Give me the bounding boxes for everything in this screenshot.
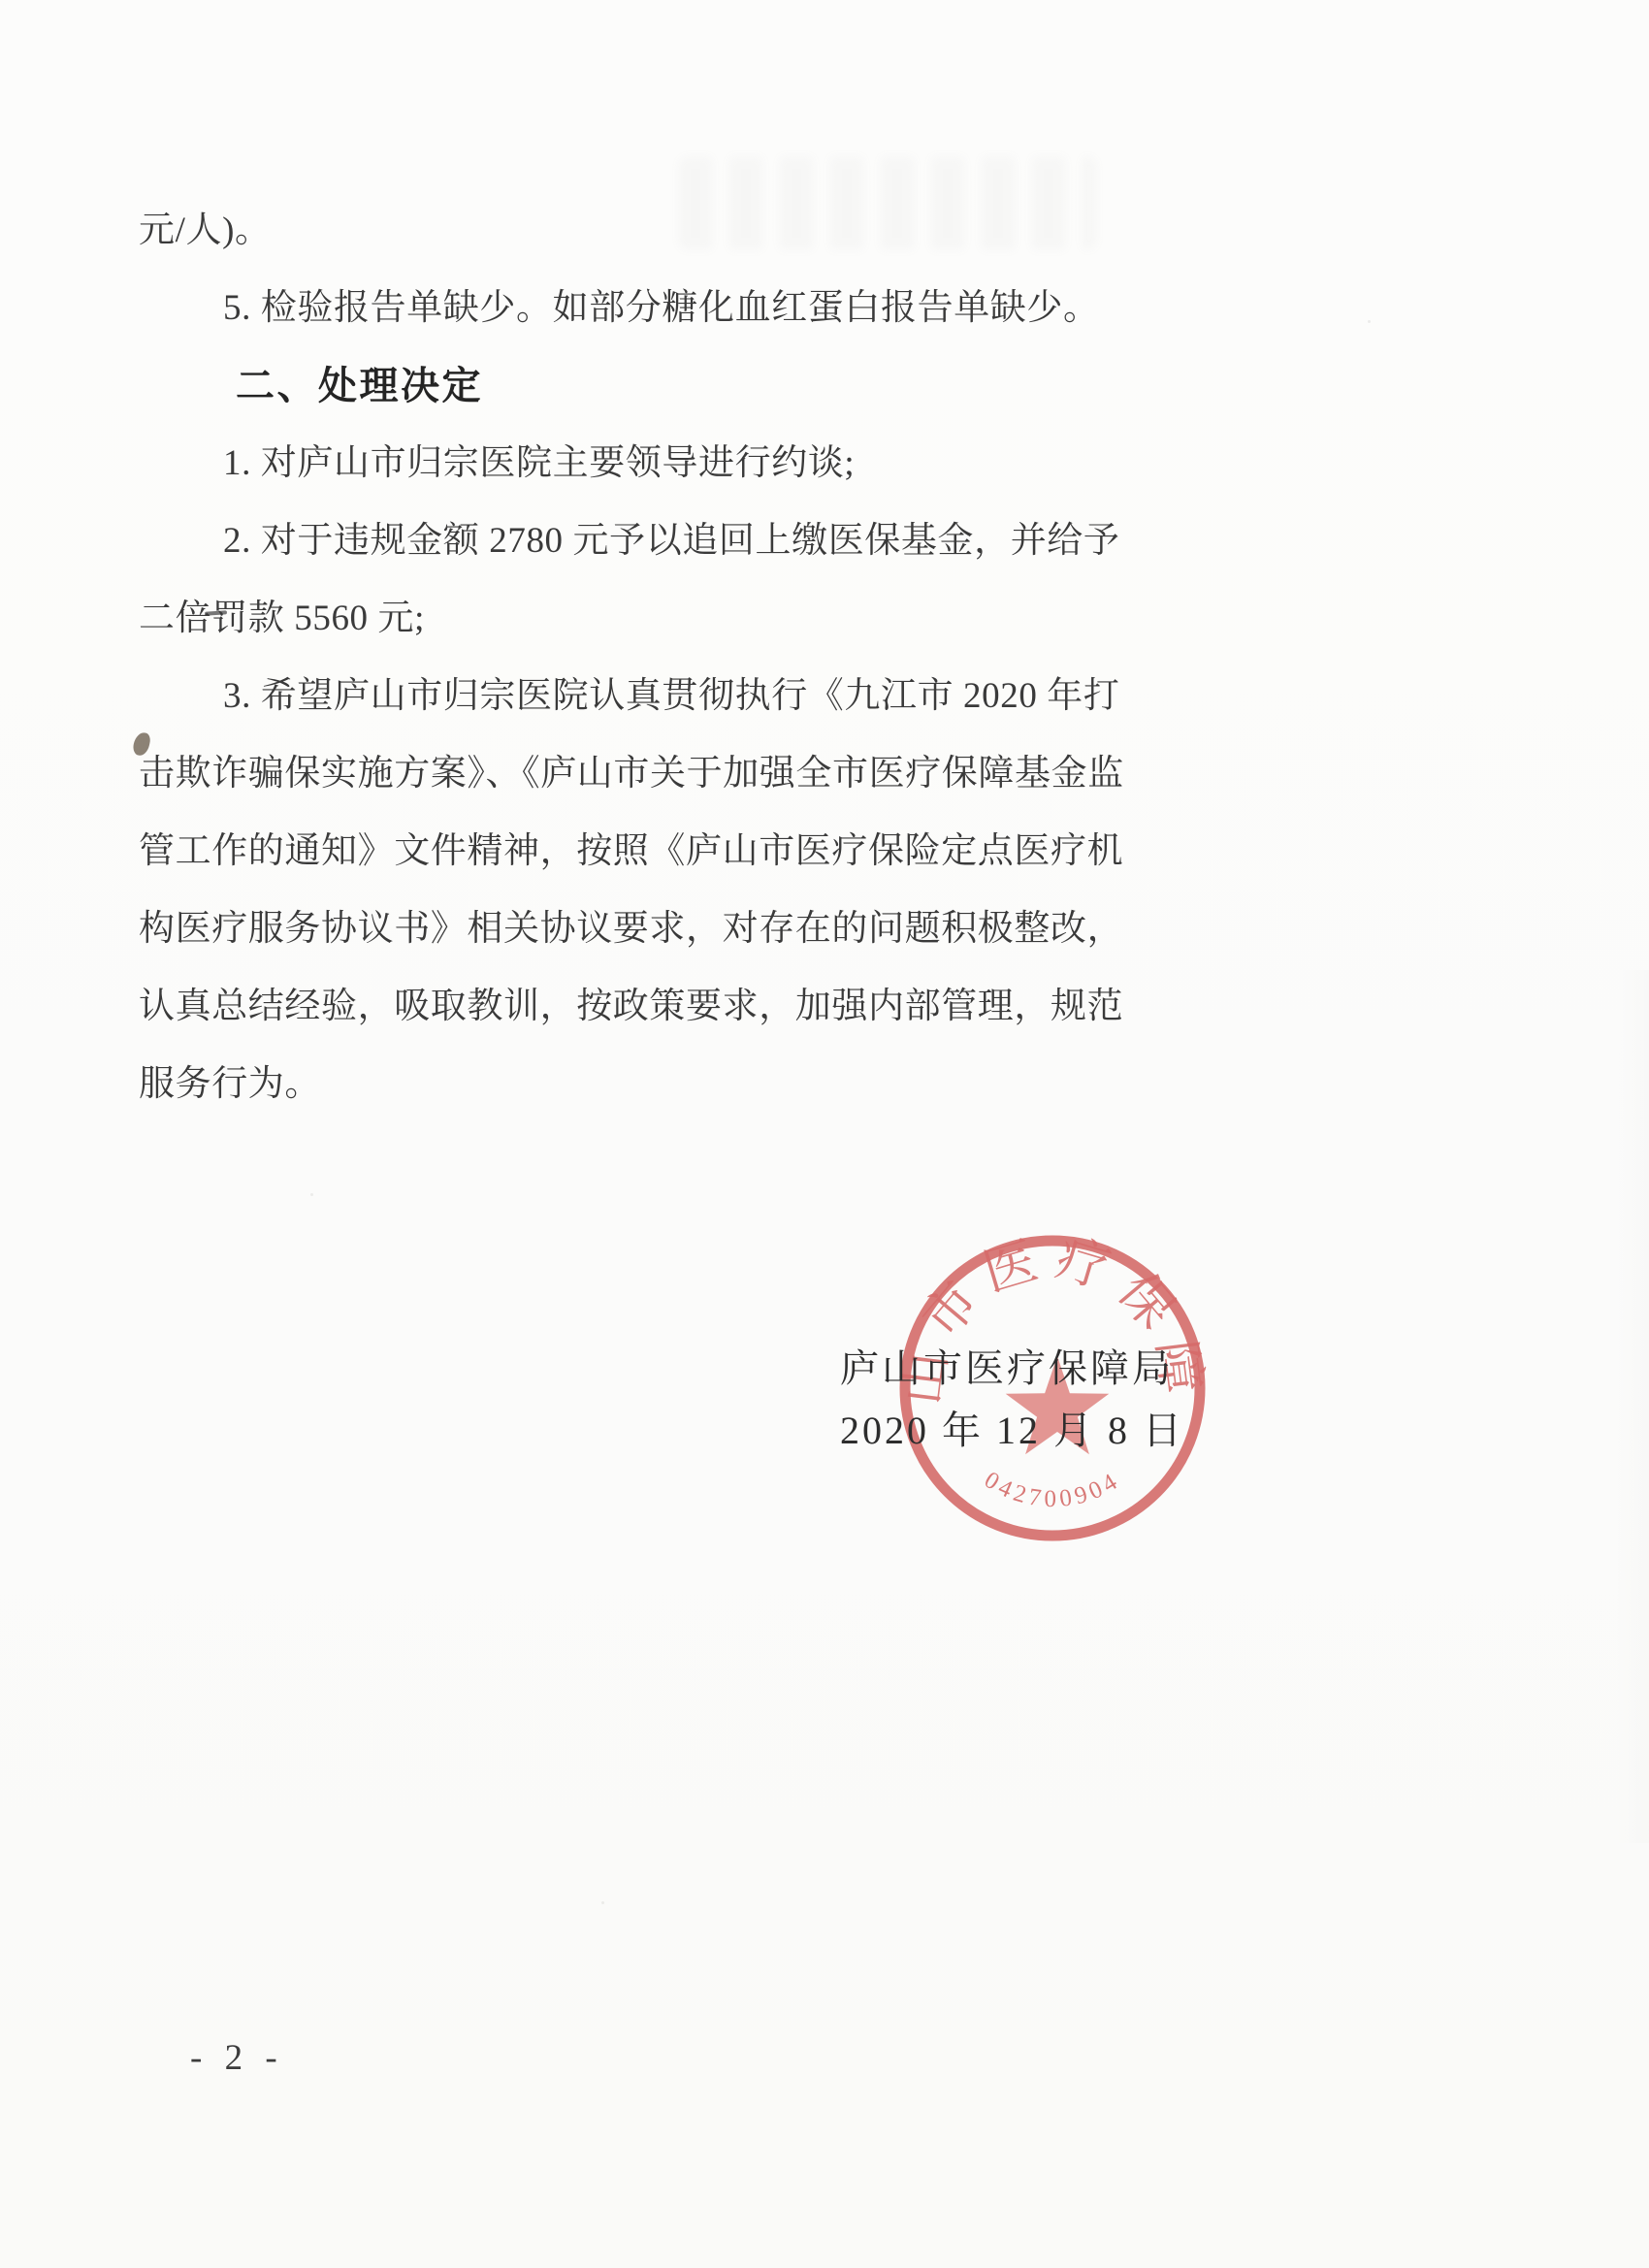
section-heading: 二、处理决定 <box>236 355 483 410</box>
body-line: 元/人)。 <box>139 200 272 252</box>
scanned-document-page: 元/人)。5. 检验报告单缺少。如部分糖化血红蛋白报告单缺少。二、处理决定1. … <box>0 0 1649 2268</box>
body-line: 1. 对庐山市归宗医院主要领导进行约谈; <box>223 433 855 485</box>
body-line: 二倍罚款 5560 元; <box>139 588 425 640</box>
signature-date: 2020 年 12 月 8 日 <box>840 1400 1184 1455</box>
bleed-through-artifact <box>679 157 1096 249</box>
scan-speckle <box>1368 320 1371 323</box>
body-line: 构医疗服务协议书》相关协议要求，对存在的问题积极整改， <box>139 898 1123 951</box>
page-number: - 2 - <box>190 2037 284 2079</box>
body-line: 5. 检验报告单缺少。如部分糖化血红蛋白报告单缺少。 <box>223 277 1100 330</box>
scan-speckle <box>601 1901 604 1904</box>
scan-speckle <box>310 1193 313 1196</box>
scan-edge-streak <box>1616 970 1649 1843</box>
body-line: 2. 对于违规金额 2780 元予以追回上缴医保基金，并给予 <box>223 510 1120 563</box>
body-line: 3. 希望庐山市归宗医院认真贯彻执行《九江市 2020 年打 <box>223 665 1120 718</box>
signature-organization: 庐山市医疗保障局 <box>840 1338 1174 1393</box>
body-line: 认真总结经验，吸取教训，按政策要求，加强内部管理，规范 <box>139 976 1123 1028</box>
body-line: 击欺诈骗保实施方案》、《庐山市关于加强全市医疗保障基金监 <box>139 743 1124 795</box>
body-line: 服务行为。 <box>139 1053 321 1106</box>
body-line: 管工作的通知》文件精神，按照《庐山市医疗保险定点医疗机 <box>139 821 1123 873</box>
